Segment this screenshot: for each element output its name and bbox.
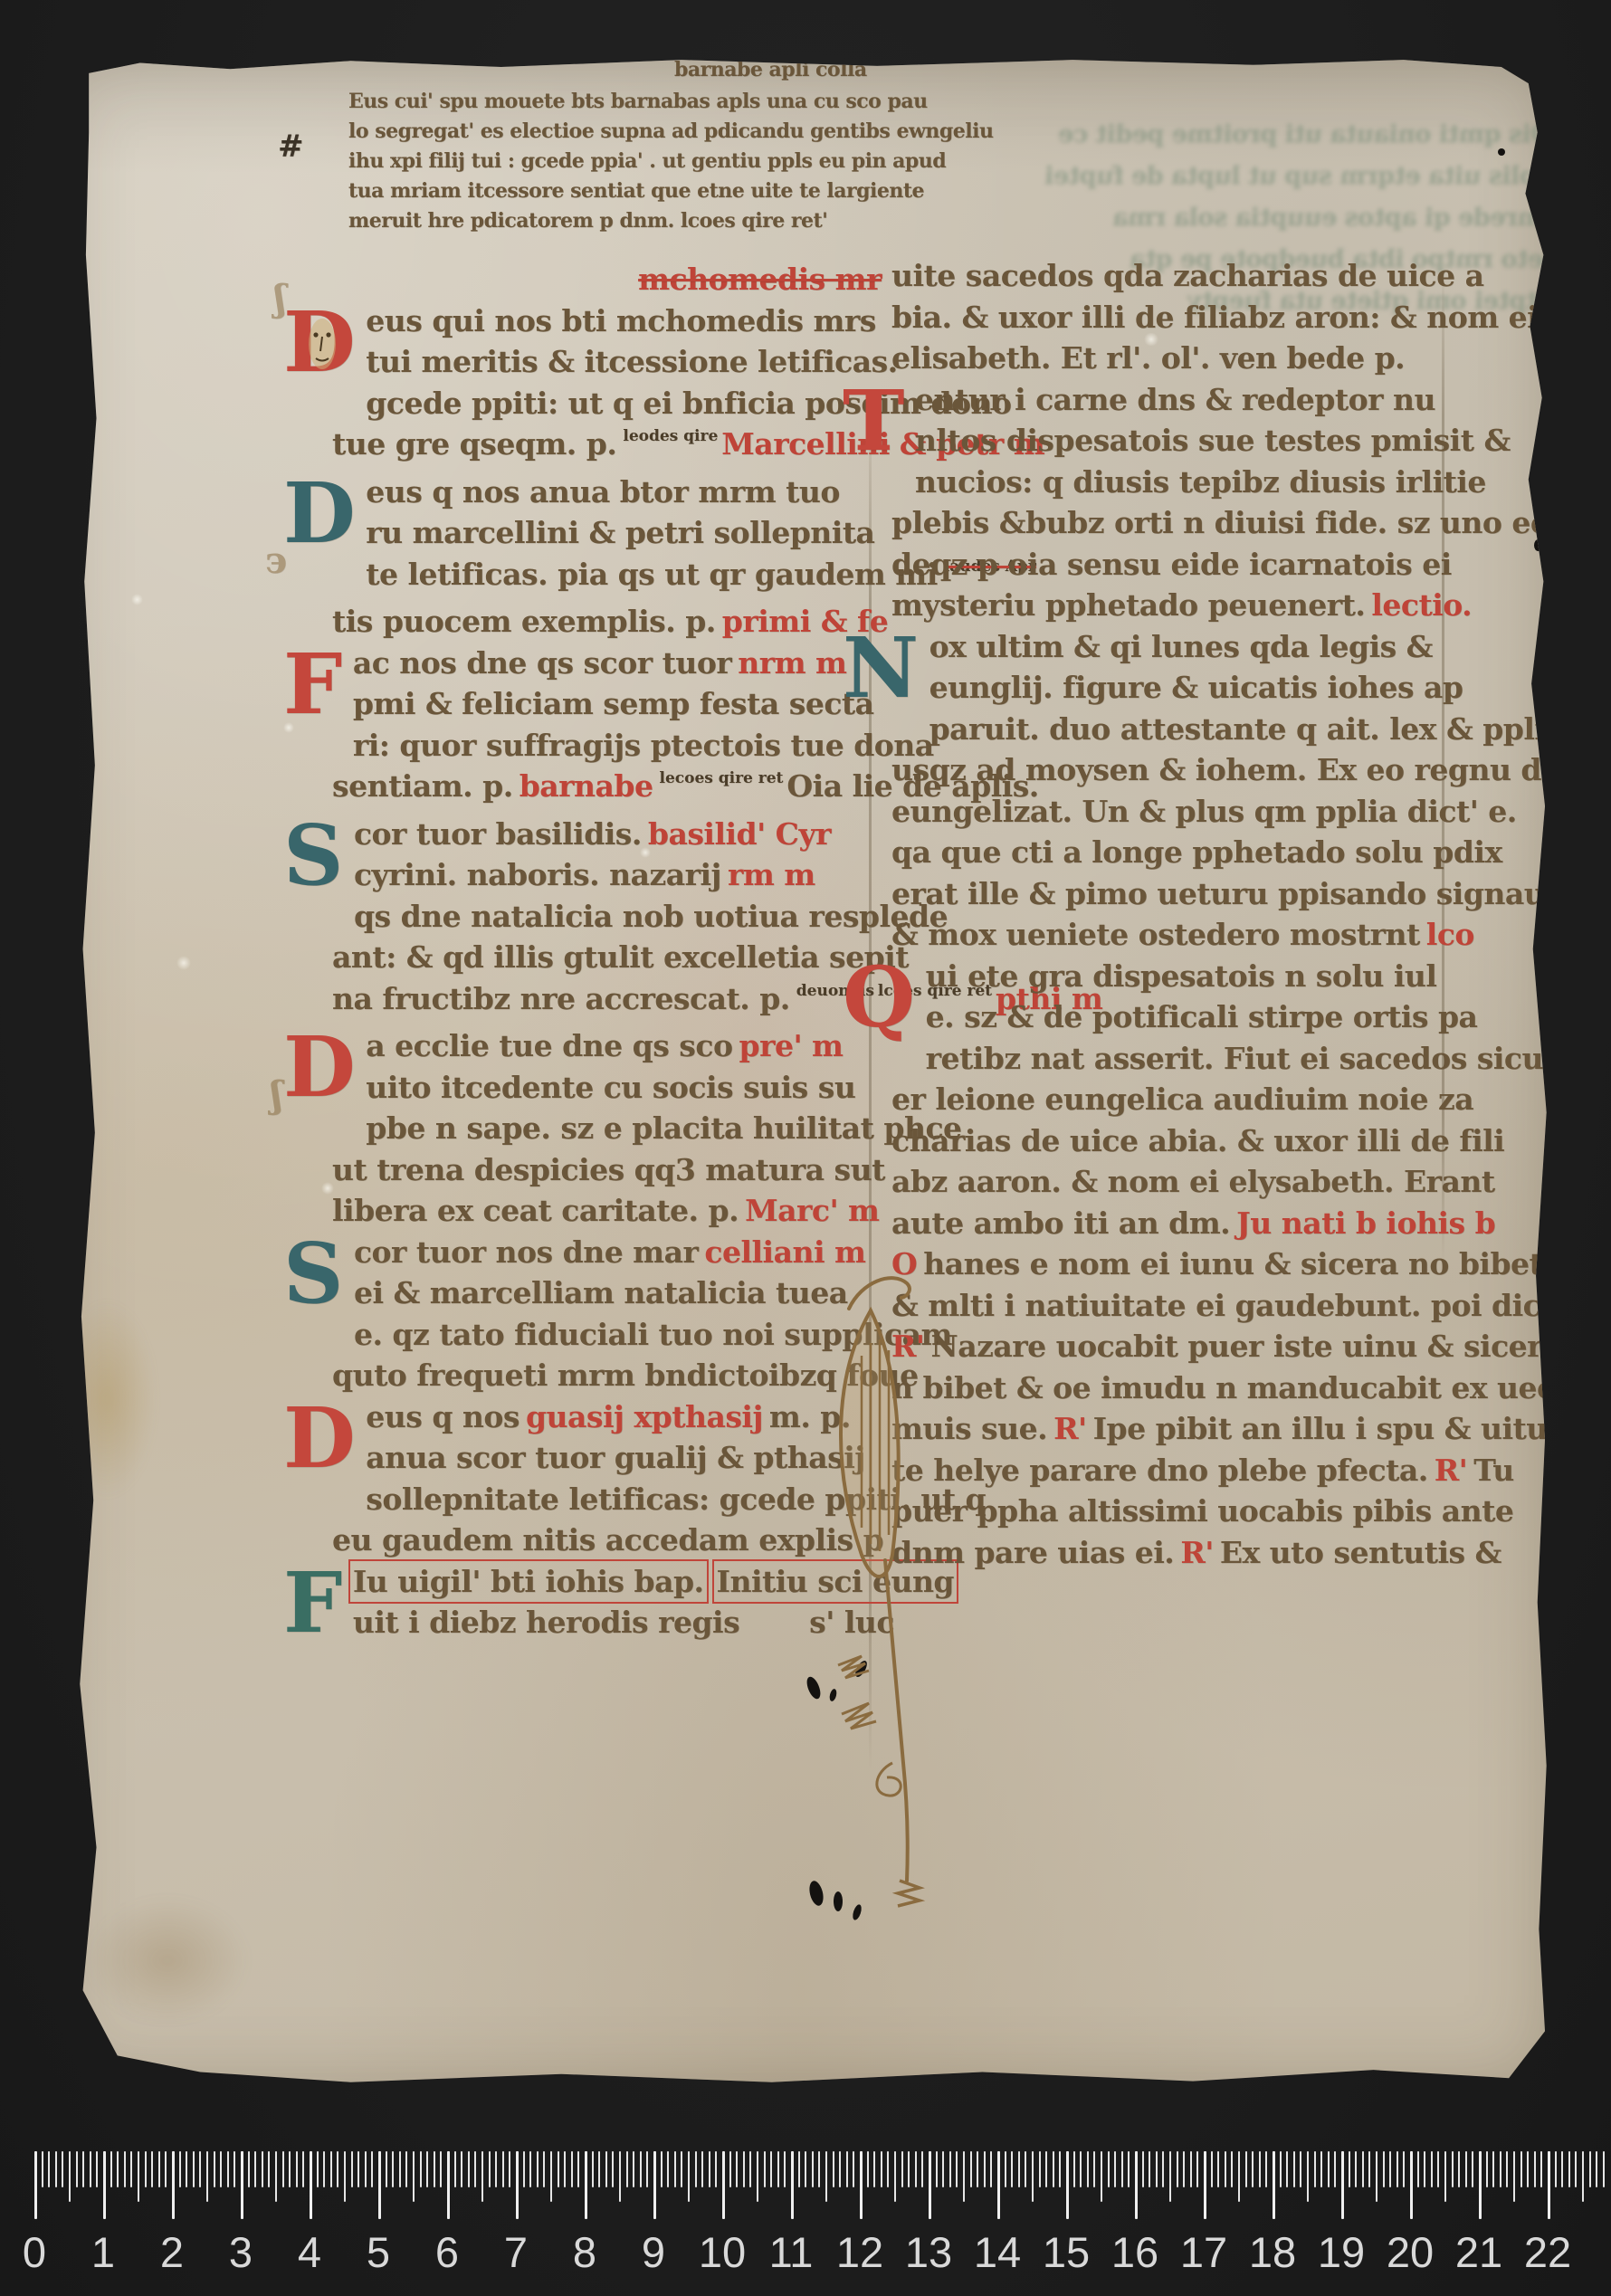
ruler-tick	[743, 2151, 745, 2187]
text-line: muis sue.R'Ipe pibit an illu i spu & uit…	[891, 1408, 1457, 1450]
ruler-tick	[1383, 2151, 1385, 2187]
text-segment: pre' m	[739, 1028, 844, 1063]
text-line: pbe n sape. sz e placita huilitat phce	[332, 1108, 888, 1149]
text-segment: charias de uice abia. & uxor illi de fil…	[891, 1123, 1504, 1158]
corner-note: barnabe apli collā	[674, 58, 867, 81]
ruler-tick	[1087, 2151, 1089, 2187]
text-line: te helye parare dno plebe pfecta.R'Tu	[891, 1450, 1457, 1491]
text-segment: er leione eungelica audiuim noie za	[891, 1081, 1473, 1117]
text-line: eus qui nos bti mchomedis mrs	[332, 300, 888, 342]
text-line: Iu uigil' bti iohis bap.Initiu sci eung	[332, 1561, 888, 1603]
text-segment: cyrini. naboris. nazarij	[354, 857, 721, 892]
ruler-tick	[997, 2151, 1000, 2219]
ruler-tick	[96, 2151, 98, 2187]
ruler-tick	[275, 2151, 277, 2202]
ruler-number: 12	[824, 2227, 896, 2277]
ruler-tick	[1286, 2151, 1288, 2187]
ruler-tick	[619, 2151, 621, 2202]
decorated-initial-s: S	[283, 817, 343, 897]
ruler-tick	[701, 2151, 703, 2187]
text-segment: n bibet & oe imudu n manducabit ex ueo	[891, 1370, 1557, 1405]
decorated-initial-s: S	[283, 1235, 343, 1315]
text-line: R'Nazare uocabit puer iste uinu & sicera	[891, 1326, 1457, 1367]
text-line: retibz nat asserit. Fiut ei sacedos sicu…	[891, 1038, 1457, 1080]
text-segment: & mlti i natiuitate ei gaudebunt. poi di…	[891, 1288, 1561, 1323]
annotation-line: ihu xpi filij tui : gcede ppia' . ut gen…	[348, 147, 910, 176]
ruler-number: 7	[480, 2227, 552, 2277]
ruler-tick	[365, 2151, 367, 2187]
ruler-tick	[371, 2151, 373, 2187]
ruler-tick	[798, 2151, 800, 2187]
ruler-tick	[709, 2151, 710, 2187]
ruler-tick	[1073, 2151, 1075, 2187]
ruler-tick	[929, 2151, 931, 2219]
text-line: pmi & feliciam semp festa secta	[332, 683, 888, 725]
manuscript-page: Ois qmti oniauta uti proitme pedit ceapl…	[50, 51, 1554, 2092]
text-line: er leione eungelica audiuim noie za	[891, 1079, 1457, 1120]
text-line: cor tuor nos dne marcelliani m	[332, 1232, 888, 1273]
ruler-tick	[220, 2151, 222, 2187]
text-line: a ecclie tue dne qs scopre' m	[332, 1025, 888, 1067]
ruler-tick	[262, 2151, 263, 2187]
text-segment: aute ambo iti an dm.	[891, 1205, 1230, 1241]
ruler-tick	[34, 2151, 37, 2219]
white-fleck	[176, 956, 191, 970]
text-segment: plebis &bubz orti n diuisi fide. sz uno …	[891, 505, 1549, 540]
ruler-tick	[1121, 2151, 1123, 2187]
ruler-tick	[337, 2151, 338, 2187]
ruler-tick	[1465, 2151, 1467, 2187]
ruler-tick	[1114, 2151, 1116, 2187]
text-line: na fructibz nre accrescat. p.deuonoislco…	[332, 978, 888, 1026]
ruler-tick	[1458, 2151, 1460, 2187]
dark-fleck	[1534, 539, 1542, 551]
ruler-tick	[812, 2151, 814, 2187]
ruler-tick	[825, 2151, 827, 2202]
text-line: nltos dispesatois sue testes pmisit &	[891, 420, 1457, 462]
ruler-tick	[1032, 2151, 1034, 2202]
ruler-tick	[69, 2151, 71, 2202]
ruler-tick	[667, 2151, 669, 2187]
prayer-block: Tentur i carne dns & redeptor nunltos di…	[891, 379, 1457, 626]
stain-yellow	[57, 1300, 157, 1499]
ruler-tick	[661, 2151, 663, 2187]
text-segment: puer ppha altissimi uocabis pibis ante	[891, 1493, 1513, 1529]
ruler-number: 20	[1374, 2227, 1446, 2277]
photo-stage: Ois qmti oniauta uti proitme pedit ceapl…	[0, 0, 1611, 2296]
text-line: e. sz & de potificali stirpe ortis pa	[891, 996, 1457, 1038]
text-line: uit i diebz herodis regiss' luc	[332, 1602, 888, 1643]
text-segment: na fructibz nre accrescat. p.	[332, 981, 790, 1016]
annotation-line: Eus cui' spu mouete bts barnabas apls un…	[348, 87, 910, 117]
text-segment: anua scor tuor gualij & pthasij	[366, 1440, 864, 1475]
text-line: puer ppha altissimi uocabis pibis ante	[891, 1491, 1457, 1532]
ruler-tick	[1231, 2151, 1233, 2187]
text-segment: nrm m	[738, 645, 846, 681]
ruler-tick	[887, 2151, 889, 2187]
ruler-tick	[502, 2151, 504, 2187]
text-line: cor tuor basilidis.basilid' Cyr	[332, 814, 888, 855]
text-segment: ri: quor suffragijs ptectois tue dona	[353, 728, 934, 763]
ruler-tick	[1045, 2151, 1047, 2187]
ruler-tick	[158, 2151, 160, 2187]
text-segment: R'	[1053, 1411, 1087, 1446]
ruler-tick	[151, 2151, 153, 2187]
ruler-tick	[1183, 2151, 1185, 2187]
ruler-number: 18	[1236, 2227, 1309, 2277]
text-segment: usqz ad moysen & iohem. Ex eo regnu di	[891, 752, 1552, 787]
ruler-tick	[1555, 2151, 1557, 2187]
ruler-tick	[722, 2151, 725, 2219]
text-line: ox ultim & qi lunes qda legis &	[891, 626, 1457, 668]
text-column-left: mchomedis mrDeus qui nos bti mchomedis m…	[332, 259, 888, 1644]
text-segment: libera ex ceat caritate. p.	[332, 1193, 739, 1228]
ruler-tick	[392, 2151, 394, 2187]
ruler-tick	[254, 2151, 256, 2187]
ruler-tick	[1204, 2151, 1206, 2219]
text-segment: pbe n sape. sz e placita huilitat phce	[366, 1110, 961, 1146]
prayer-block: mchomedis mr	[332, 259, 888, 300]
ruler-tick	[846, 2151, 848, 2187]
ruler-tick	[1273, 2151, 1275, 2219]
text-line: eus q nos anua btor mrm tuo	[332, 472, 888, 513]
ruler-tick	[1596, 2151, 1597, 2187]
ruler-tick	[1368, 2151, 1370, 2187]
text-line: quto frequeti mrm bndictoibzq foue	[332, 1355, 888, 1396]
ruler-tick	[241, 2151, 243, 2219]
ruler-tick	[172, 2151, 175, 2219]
ruler-tick	[1238, 2151, 1240, 2202]
ruler-tick	[1101, 2151, 1102, 2202]
text-line: gcede ppiti: ut q ei bnficia poscim dono	[332, 383, 888, 424]
ruler-tick	[206, 2151, 208, 2202]
ruler-tick	[509, 2151, 510, 2187]
ruler-tick	[440, 2151, 442, 2187]
prayer-block: Da ecclie tue dne qs scopre' muito itced…	[332, 1025, 888, 1232]
centimeter-ruler: 012345678910111213141516171819202122	[0, 2151, 1611, 2296]
ruler-tick	[1527, 2151, 1529, 2187]
annotation-line: tua mriam itcessore sentiat que etne uit…	[348, 176, 910, 206]
ruler-tick	[1486, 2151, 1488, 2187]
prayer-block: Nox ultim & qi lunes qda legis &eunglij.…	[891, 626, 1457, 956]
text-segment: hanes e nom ei iunu & sicera no bibet	[923, 1246, 1542, 1281]
ruler-tick	[289, 2151, 291, 2187]
ruler-tick	[942, 2151, 944, 2187]
text-segment: eus q nos anua btor mrm tuo	[366, 474, 840, 510]
text-segment: tue gre qseqm. p.	[332, 426, 616, 462]
ruler-tick	[1341, 2151, 1344, 2219]
text-line: eu gaudem nitis accedam explis p	[332, 1520, 888, 1561]
text-segment: Iu uigil' bti iohis bap.	[353, 1564, 704, 1599]
text-line: nucios: q diusis tepibz diusis irlitie	[891, 462, 1457, 503]
ruler-tick	[695, 2151, 697, 2187]
ruler-tick	[214, 2151, 215, 2187]
ruler-number: 17	[1168, 2227, 1240, 2277]
decorated-initial-d: D	[283, 304, 355, 384]
ruler-tick	[592, 2151, 594, 2187]
text-segment: qa que cti a longe pphetado solu pdix	[891, 834, 1502, 870]
ruler-tick	[420, 2151, 422, 2187]
ruler-tick	[1128, 2151, 1130, 2187]
ruler-tick	[48, 2151, 50, 2187]
ruler-tick	[523, 2151, 525, 2187]
ruler-tick	[537, 2151, 539, 2187]
ruler-tick	[1548, 2151, 1550, 2219]
text-line: ant: & qd illis gtulit excelletia sepit	[332, 937, 888, 978]
ruler-tick	[1307, 2151, 1309, 2202]
ruler-tick	[248, 2151, 250, 2187]
text-segment: entur i carne dns & redeptor nu	[915, 382, 1435, 417]
ruler-tick	[1417, 2151, 1419, 2187]
text-line: sollepnitate letificas: gcede ppiti. ut …	[332, 1479, 888, 1520]
ruler-tick	[268, 2151, 270, 2187]
ruler-number: 9	[617, 2227, 690, 2277]
ruler-tick	[860, 2151, 863, 2219]
text-segment: te letificas. pia qs ut qr gaudem mi	[366, 557, 937, 592]
ruler-tick	[378, 2151, 381, 2219]
ruler-tick	[1177, 2151, 1178, 2187]
ruler-tick	[1225, 2151, 1226, 2187]
text-segment: pmi & feliciam semp festa secta	[353, 686, 874, 721]
ruler-tick	[1293, 2151, 1295, 2187]
ruler-tick	[405, 2151, 407, 2187]
showthrough-line: aplis uita etqrm sup ut lupta de fuptei	[959, 156, 1552, 197]
ruler-tick	[558, 2151, 559, 2187]
text-line: aute ambo iti an dm.Ju nati b iohis b	[891, 1203, 1457, 1244]
ruler-tick	[977, 2151, 978, 2187]
ruler-number: 13	[892, 2227, 965, 2277]
face-doodle	[307, 317, 338, 371]
ruler-tick	[626, 2151, 628, 2187]
text-line: tue gre qseqm. p.leodes qireMarcellini &…	[332, 424, 888, 472]
ruler-tick	[585, 2151, 587, 2219]
ruler-tick	[227, 2151, 229, 2187]
margin-doodle: ʃ	[271, 1073, 282, 1116]
ruler-tick	[1403, 2151, 1405, 2187]
white-fleck	[131, 594, 143, 605]
ruler-tick	[516, 2151, 519, 2219]
showthrough-line: imrede qi aptos euuptia sola rma	[959, 197, 1552, 239]
text-line: cyrini. naboris. nazarijrm m	[332, 854, 888, 896]
ruler-tick	[908, 2151, 910, 2187]
decorated-initial-t: T	[843, 383, 904, 462]
text-segment: eungelizat. Un & plus qm pplia dict' e.	[891, 794, 1517, 829]
margin-hash-mark: #	[278, 129, 303, 165]
text-line: ru marcellini & petri sollepnita	[332, 512, 888, 554]
ruler-tick	[1479, 2151, 1482, 2219]
text-segment: ui ete gra dispesatois n solu iul	[926, 958, 1437, 994]
ruler-tick	[1582, 2151, 1584, 2202]
ruler-tick	[282, 2151, 284, 2187]
ruler-number: 21	[1443, 2227, 1515, 2277]
ruler-tick	[990, 2151, 992, 2187]
ruler-tick	[357, 2151, 359, 2187]
text-segment: basilid' Cyr	[648, 816, 831, 852]
ruler-tick	[1005, 2151, 1006, 2187]
text-line: n bibet & oe imudu n manducabit ex ueo	[891, 1367, 1457, 1409]
ruler-tick	[426, 2151, 428, 2187]
text-segment: uito itcedente cu socis suis su	[366, 1070, 855, 1105]
ruler-tick	[1093, 2151, 1095, 2187]
text-line: ui ete gra dispesatois n solu iul	[891, 956, 1457, 997]
text-segment: ac nos dne qs scor tuor	[353, 645, 731, 681]
text-segment: guasij xpthasij	[526, 1399, 763, 1434]
text-line: & mlti i natiuitate ei gaudebunt. poi di…	[891, 1285, 1457, 1327]
text-line: uito itcedente cu socis suis su	[332, 1067, 888, 1109]
ruler-number: 5	[342, 2227, 415, 2277]
ruler-tick	[199, 2151, 201, 2187]
text-line: eungelizat. Un & plus qm pplia dict' e.	[891, 791, 1457, 833]
ruler-tick	[729, 2151, 731, 2187]
ruler-tick	[1190, 2151, 1192, 2187]
ruler-tick	[1169, 2151, 1171, 2202]
ruler-tick	[434, 2151, 435, 2187]
ruler-tick	[90, 2151, 91, 2187]
text-segment: eus q nos	[366, 1399, 520, 1434]
ruler-tick	[1320, 2151, 1322, 2187]
ruler-tick	[1500, 2151, 1501, 2187]
text-segment: cor tuor basilidis.	[354, 816, 642, 852]
ruler-tick	[1431, 2151, 1433, 2187]
ruler-tick	[1162, 2151, 1164, 2187]
ruler-tick	[179, 2151, 181, 2187]
showthrough-line: Ois qmti oniauta uti proitme pedit ce	[959, 114, 1552, 156]
text-line: deqz p oia sensu eide icarnatois ei	[891, 544, 1457, 586]
ruler-tick	[901, 2151, 903, 2187]
ruler-tick	[784, 2151, 786, 2187]
annotation-line: meruit hre pdicatorem p dnm. lcoes qire …	[348, 206, 910, 236]
text-line: libera ex ceat caritate. p.Marc' m	[332, 1190, 888, 1232]
text-segment: bia. & uxor illi de filiabz aron: & nom …	[891, 300, 1538, 335]
ruler-tick	[447, 2151, 450, 2219]
ruler-tick	[757, 2151, 758, 2202]
ruler-tick	[833, 2151, 834, 2187]
ruler-tick	[564, 2151, 566, 2187]
ruler-tick	[413, 2151, 415, 2202]
ruler-tick	[1265, 2151, 1267, 2187]
text-segment: e. sz & de potificali stirpe ortis pa	[926, 999, 1478, 1034]
text-line: plebis &bubz orti n diuisi fide. sz uno …	[891, 502, 1457, 544]
text-line: usqz ad moysen & iohem. Ex eo regnu di	[891, 749, 1457, 791]
prayer-block: FIu uigil' bti iohis bap.Initiu sci eung…	[332, 1561, 888, 1643]
ruler-tick	[330, 2151, 332, 2187]
ruler-tick	[1437, 2151, 1439, 2187]
ruler-tick	[110, 2151, 112, 2187]
ruler-number: 14	[961, 2227, 1034, 2277]
ruler-tick	[529, 2151, 531, 2187]
text-line: tui meritis & itcessione letificas.	[332, 341, 888, 383]
text-line: erat ille & pimo ueturu ppisando signaui…	[891, 873, 1457, 915]
ruler-tick	[715, 2151, 717, 2187]
ruler-tick	[1142, 2151, 1144, 2187]
text-line: elisabeth. Et rl'. ol'. ven bede p.	[891, 338, 1457, 379]
ruler-tick	[55, 2151, 57, 2187]
ruler-tick	[489, 2151, 491, 2187]
ruler-tick	[344, 2151, 346, 2202]
ruler-tick	[1135, 2151, 1138, 2219]
ruler-tick	[949, 2151, 951, 2187]
ruler-tick	[612, 2151, 614, 2187]
prayer-block: uite sacedos qda zacharias de uice abia.…	[891, 255, 1457, 379]
ruler-number: 4	[273, 2227, 346, 2277]
ruler-tick	[970, 2151, 972, 2187]
ruler-tick	[881, 2151, 882, 2187]
ruler-tick	[82, 2151, 84, 2187]
ruler-tick	[936, 2151, 938, 2187]
text-segment: ru marcellini & petri sollepnita	[366, 515, 874, 550]
ruler-tick	[1362, 2151, 1364, 2187]
ruler-tick	[1259, 2151, 1261, 2187]
text-line: anua scor tuor gualij & pthasij	[332, 1437, 888, 1479]
ruler-tick	[646, 2151, 648, 2187]
prayer-block: Fac nos dne qs scor tuornrm mpmi & felic…	[332, 643, 888, 814]
ruler-tick	[138, 2151, 139, 2202]
ruler-tick	[1424, 2151, 1425, 2187]
ruler-tick	[839, 2151, 841, 2187]
decorated-initial-n: N	[843, 630, 919, 710]
ruler-tick	[921, 2151, 923, 2187]
ruler-tick	[1506, 2151, 1508, 2187]
ruler-tick	[130, 2151, 132, 2187]
ruler-tick	[1080, 2151, 1082, 2187]
ruler-tick	[186, 2151, 187, 2187]
header-annotation: Eus cui' spu mouete bts barnabas apls un…	[348, 87, 910, 236]
text-segment: eunglij. figure & uicatis iohes ap	[929, 670, 1463, 705]
ruler-number: 22	[1511, 2227, 1584, 2277]
ruler-tick	[577, 2151, 579, 2187]
text-segment: ut trena despicies qq3 matura sut	[332, 1152, 885, 1187]
text-line: bia. & uxor illi de filiabz aron: & nom …	[891, 297, 1457, 338]
ruler-tick	[1252, 2151, 1254, 2187]
decorated-initial-f: F	[283, 1565, 342, 1644]
ruler-tick	[1561, 2151, 1563, 2187]
ruler-tick	[1011, 2151, 1013, 2187]
text-segment: abz aaron. & nom ei elysabeth. Erant	[891, 1164, 1495, 1199]
text-column-right: uite sacedos qda zacharias de uice abia.…	[891, 255, 1457, 1573]
prayer-block: Deus q nos anua btor mrm tuoru marcellin…	[332, 472, 888, 643]
ruler-tick	[770, 2151, 772, 2187]
ruler-tick	[1568, 2151, 1570, 2187]
text-segment: te helye parare dno plebe pfecta.	[891, 1453, 1428, 1488]
text-segment: Ju nati b iohis b	[1236, 1205, 1495, 1241]
ruler-number: 15	[1030, 2227, 1102, 2277]
prayer-block: Scor tuor basilidis.basilid' Cyrcyrini. …	[332, 814, 888, 1026]
text-line: te letificas. pia qs ut qr gaudem milaud…	[332, 554, 888, 602]
ruler-tick	[454, 2151, 456, 2187]
prayer-block: Deus qui nos bti mchomedis mrstui meriti…	[332, 300, 888, 472]
text-line: uite sacedos qda zacharias de uice a	[891, 255, 1457, 297]
text-segment: nucios: q diusis tepibz diusis irlitie	[915, 464, 1486, 500]
ruler-tick	[1059, 2151, 1061, 2187]
ruler-tick	[145, 2151, 147, 2187]
text-segment: & mox ueniete ostedero mostrnt	[891, 917, 1420, 952]
ruler-tick	[103, 2151, 106, 2219]
text-line: eunglij. figure & uicatis iohes ap	[891, 667, 1457, 709]
ruler-tick	[310, 2151, 312, 2219]
ruler-tick	[1575, 2151, 1577, 2187]
text-segment: sentiam. p.	[332, 768, 513, 804]
ruler-tick	[1053, 2151, 1054, 2187]
ruler-tick	[791, 2151, 794, 2219]
ruler-number: 0	[0, 2227, 71, 2277]
ruler-tick	[1376, 2151, 1377, 2202]
ruler-tick	[76, 2151, 78, 2187]
ruler-tick	[867, 2151, 869, 2187]
text-segment: lectio.	[1371, 587, 1472, 623]
text-line: charias de uice abia. & uxor illi de fil…	[891, 1120, 1457, 1162]
ruler-tick	[956, 2151, 958, 2187]
text-line: entur i carne dns & redeptor nu	[891, 379, 1457, 421]
